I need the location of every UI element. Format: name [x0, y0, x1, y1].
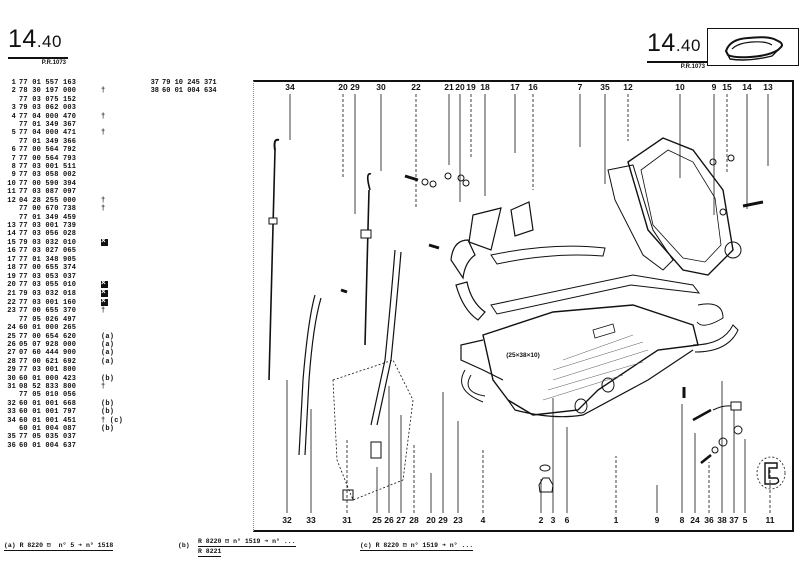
parts-list-row: 1777 01 348 905	[5, 256, 127, 264]
part-note	[101, 264, 127, 272]
part-note: (b)	[101, 400, 127, 408]
callout-label: 22	[411, 82, 420, 92]
part-number: 60 01 000 423	[19, 375, 101, 383]
ref-number	[5, 425, 16, 433]
footnote-b-tag: (b)	[178, 542, 190, 549]
part-note: (a)	[101, 341, 127, 349]
part-note: (a)	[101, 333, 127, 341]
part-number: 79 03 032 018	[19, 290, 101, 299]
boxed-x-icon	[101, 299, 108, 306]
ref-number: 24	[5, 324, 16, 332]
parts-list-row: 77 01 349 366	[5, 138, 127, 146]
part-number: 79 03 032 010	[19, 239, 101, 248]
part-note	[101, 214, 127, 222]
parts-list-row: 1977 03 053 037	[5, 273, 127, 281]
inset-seal-dimensions: (25×38×10)	[506, 352, 540, 359]
footnote-c: (c) R 8220 ⊟ n° 1519 ➜ n° ...	[360, 541, 473, 551]
parts-list-row: 3577 05 035 037	[5, 433, 127, 441]
ref-number: 33	[5, 408, 16, 416]
part-number: 77 00 670 738	[19, 205, 101, 213]
ref-number: 13	[5, 222, 16, 230]
callout-label: 30	[376, 82, 385, 92]
callout-label: 29	[350, 82, 359, 92]
part-note	[101, 299, 127, 308]
parts-list-row: 2707 60 444 900(a)	[5, 349, 127, 357]
ref-number: 28	[5, 358, 16, 366]
part-note	[101, 324, 127, 332]
parts-list-row: 77 05 010 056	[5, 391, 127, 399]
part-number: 77 03 058 002	[19, 171, 101, 179]
part-number: 77 03 075 152	[19, 96, 101, 104]
callout-label: 14	[742, 82, 751, 92]
parts-list-row: 577 04 000 471†	[5, 129, 127, 137]
ref-number: 22	[5, 299, 16, 308]
ref-number: 32	[5, 400, 16, 408]
callout-label: 24	[690, 515, 699, 525]
part-number: 77 00 564 793	[19, 155, 101, 163]
parts-list-row: 1177 03 087 097	[5, 188, 127, 196]
part-number: 77 00 655 370	[19, 307, 101, 315]
ref-number: 30	[5, 375, 16, 383]
part-number: 60 01 004 087	[19, 425, 101, 433]
part-number: 04 28 255 000	[19, 197, 101, 205]
callout-label: 2	[539, 515, 544, 525]
part-number: 77 03 001 739	[19, 222, 101, 230]
callout-label: 38	[717, 515, 726, 525]
ref-number: 18	[5, 264, 16, 272]
parts-list-row: 3860 01 004 634	[148, 87, 270, 95]
part-number: 77 03 001 160	[19, 299, 101, 308]
callout-label: 10	[675, 82, 684, 92]
part-note	[101, 433, 127, 441]
ref-number: 26	[5, 341, 16, 349]
part-number: 77 00 654 620	[19, 333, 101, 341]
part-number: 60 01 001 668	[19, 400, 101, 408]
parts-list-row: 2179 03 032 018	[5, 290, 127, 299]
ref-number: 34	[5, 417, 16, 425]
callout-label: 20	[338, 82, 347, 92]
part-number: 77 03 001 800	[19, 366, 101, 374]
part-note	[101, 316, 127, 324]
parts-list-row: 777 00 564 793	[5, 155, 127, 163]
part-number: 77 01 348 905	[19, 256, 101, 264]
part-note: †	[101, 205, 127, 213]
ref-number: 5	[5, 129, 16, 137]
parts-list-row: 2977 03 001 800	[5, 366, 127, 374]
part-note: (a)	[101, 358, 127, 366]
part-note: †	[101, 383, 127, 391]
part-number: 08 52 833 800	[19, 383, 101, 391]
parts-list-row: 677 00 564 792	[5, 146, 127, 154]
parts-list-row: 3660 01 004 637	[5, 442, 127, 450]
parts-list-row: 877 03 001 511	[5, 163, 127, 171]
callout-label: 3	[551, 515, 556, 525]
parts-list-row: 1677 03 027 065	[5, 247, 127, 255]
part-number: 60 01 001 451	[19, 417, 101, 425]
ref-number: 25	[5, 333, 16, 341]
parts-list-row: 1377 03 001 739	[5, 222, 127, 230]
ref-number	[5, 205, 16, 213]
part-note: (b)	[101, 375, 127, 383]
part-note	[101, 188, 127, 196]
part-note	[101, 239, 127, 248]
ref-number: 35	[5, 433, 16, 441]
part-note	[101, 104, 127, 112]
footnote-a: (a) R 8220 ⊟ n° 5 ➜ n° 1518	[4, 541, 113, 551]
ref-number: 11	[5, 188, 16, 196]
callout-label: 27	[396, 515, 405, 525]
parts-list-row: 77 01 349 367	[5, 121, 127, 129]
callout-label: 23	[453, 515, 462, 525]
part-number: 77 00 564 792	[19, 146, 101, 154]
part-number: 77 05 010 056	[19, 391, 101, 399]
ref-number: 36	[5, 442, 16, 450]
callout-label: 31	[342, 515, 351, 525]
part-note	[101, 79, 127, 87]
part-number: 05 07 928 000	[19, 341, 101, 349]
part-note	[101, 180, 127, 188]
callout-label: 20	[455, 82, 464, 92]
parts-list-row: 3460 01 001 451† (c)	[5, 417, 127, 425]
part-note	[101, 163, 127, 171]
callout-label: 11	[766, 515, 775, 525]
parts-list-row: 2077 03 055 010	[5, 281, 127, 290]
ref-number: 16	[5, 247, 16, 255]
part-note	[101, 391, 127, 399]
callout-label: 20	[426, 515, 435, 525]
part-number: 77 03 056 028	[19, 230, 101, 238]
ref-number: 27	[5, 349, 16, 357]
part-number: 60 01 004 637	[19, 442, 101, 450]
parts-list-row: 1204 28 255 000†	[5, 197, 127, 205]
callout-label: 7	[578, 82, 583, 92]
ref-number: 23	[5, 307, 16, 315]
parts-list-row: 1477 03 056 028	[5, 230, 127, 238]
part-note: †	[101, 307, 127, 315]
part-number: 77 00 655 374	[19, 264, 101, 272]
ref-number	[5, 316, 16, 324]
part-number: 77 03 087 097	[19, 188, 101, 196]
callout-label: 12	[623, 82, 632, 92]
callout-label: 15	[722, 82, 731, 92]
part-note	[101, 256, 127, 264]
parts-list-row: 2577 00 654 620(a)	[5, 333, 127, 341]
ref-number: 2	[5, 87, 16, 95]
parts-list-row: 1579 03 032 010	[5, 239, 127, 248]
parts-list-row: 2277 03 001 160	[5, 299, 127, 308]
parts-list: 177 01 557 163278 30 197 000†77 03 075 1…	[5, 79, 127, 450]
part-number: 77 01 349 367	[19, 121, 101, 129]
callout-label: 25	[372, 515, 381, 525]
parts-list-row: 278 30 197 000†	[5, 87, 127, 95]
part-number: 60 01 004 634	[162, 87, 244, 95]
callout-label: 9	[655, 515, 660, 525]
ref-number	[5, 121, 16, 129]
part-note: †	[101, 113, 127, 121]
callout-label: 36	[704, 515, 713, 525]
callout-label: 17	[510, 82, 519, 92]
part-note: (b)	[101, 408, 127, 416]
parts-list-continued: 3779 10 245 3713860 01 004 634	[148, 79, 270, 96]
callout-label: 35	[600, 82, 609, 92]
parts-list-row: 3108 52 833 800†	[5, 383, 127, 391]
callout-label: 37	[729, 515, 738, 525]
callout-label: 13	[763, 82, 772, 92]
callout-label: 29	[438, 515, 447, 525]
part-number: 77 05 035 037	[19, 433, 101, 441]
ref-number: 4	[5, 113, 16, 121]
part-number: 77 03 053 037	[19, 273, 101, 281]
part-note	[101, 138, 127, 146]
ref-number: 21	[5, 290, 16, 299]
parts-list-row: 2377 00 655 370†	[5, 307, 127, 315]
parts-list-row: 60 01 004 087(b)	[5, 425, 127, 433]
part-note	[101, 146, 127, 154]
ref-number: 1	[5, 79, 16, 87]
page-number-right: 14.40 P.R.1073	[647, 30, 707, 70]
parts-list-row: 2877 00 621 692(a)	[5, 358, 127, 366]
pr-reference: P.R.1073	[8, 60, 66, 66]
callout-label: 1	[614, 515, 619, 525]
part-number: 77 01 557 163	[19, 79, 101, 87]
part-note	[101, 155, 127, 163]
parts-list-row: 379 03 062 003	[5, 104, 127, 112]
parts-list-row: 3260 01 001 668(b)	[5, 400, 127, 408]
part-number: 77 03 027 065	[19, 247, 101, 255]
parts-list-row: 77 05 026 497	[5, 316, 127, 324]
part-number: 77 01 349 459	[19, 214, 101, 222]
part-note	[101, 171, 127, 179]
footnote-b-model2: R 8221	[198, 548, 221, 557]
part-note	[101, 96, 127, 104]
part-number: 78 30 197 000	[19, 87, 101, 95]
ref-number: 31	[5, 383, 16, 391]
part-number: 77 04 000 470	[19, 113, 101, 121]
ref-number: 15	[5, 239, 16, 248]
boxed-x-icon	[101, 239, 108, 246]
part-note: †	[101, 129, 127, 137]
parts-list-row: 177 01 557 163	[5, 79, 127, 87]
ref-number	[5, 391, 16, 399]
callout-label: 18	[480, 82, 489, 92]
callout-label: 9	[712, 82, 717, 92]
part-number: 07 60 444 900	[19, 349, 101, 357]
callout-label: 6	[565, 515, 570, 525]
part-note	[101, 247, 127, 255]
part-number: 77 03 001 511	[19, 163, 101, 171]
ref-number: 3	[5, 104, 16, 112]
parts-list-row: 2460 01 000 265	[5, 324, 127, 332]
parts-list-row: 1077 00 590 394	[5, 180, 127, 188]
callout-label: 33	[306, 515, 315, 525]
ref-number: 9	[5, 171, 16, 179]
exploded-diagram-drawing	[253, 80, 793, 530]
callout-label: 4	[481, 515, 486, 525]
callout-label: 34	[285, 82, 294, 92]
ref-number: 19	[5, 273, 16, 281]
part-number: 60 01 001 797	[19, 408, 101, 416]
part-note	[101, 442, 127, 450]
ref-number: 6	[5, 146, 16, 154]
part-number: 77 03 055 010	[19, 281, 101, 290]
ref-number: 38	[148, 87, 159, 95]
part-number: 77 00 590 394	[19, 180, 101, 188]
ref-number: 12	[5, 197, 16, 205]
parts-list-row: 3779 10 245 371	[148, 79, 270, 87]
part-note: † (c)	[101, 417, 127, 425]
part-number: 79 10 245 371	[162, 79, 244, 87]
parts-list-row: 977 03 058 002	[5, 171, 127, 179]
callout-label: 8	[680, 515, 685, 525]
parts-list-row: 2605 07 928 000(a)	[5, 341, 127, 349]
parts-list-row: 77 01 349 459	[5, 214, 127, 222]
part-number: 77 04 000 471	[19, 129, 101, 137]
parts-list-row: 1877 00 655 374	[5, 264, 127, 272]
part-number: 79 03 062 003	[19, 104, 101, 112]
parts-list-row: 3060 01 000 423(b)	[5, 375, 127, 383]
oil-sump-thumbnail-icon	[707, 28, 799, 66]
parts-list-row: 3360 01 001 797(b)	[5, 408, 127, 416]
part-note: (b)	[101, 425, 127, 433]
parts-list-row: 77 00 670 738†	[5, 205, 127, 213]
part-note: †	[101, 197, 127, 205]
callout-label: 21	[444, 82, 453, 92]
part-number: 60 01 000 265	[19, 324, 101, 332]
part-number: 77 05 026 497	[19, 316, 101, 324]
callout-label: 16	[528, 82, 537, 92]
callout-label: 19	[466, 82, 475, 92]
page-number-left: 14.40 P.R.1073	[8, 26, 68, 66]
parts-list-row: 477 04 000 470†	[5, 113, 127, 121]
ref-number: 14	[5, 230, 16, 238]
part-note: (a)	[101, 349, 127, 357]
ref-number: 10	[5, 180, 16, 188]
callout-label: 26	[384, 515, 393, 525]
ref-number: 20	[5, 281, 16, 290]
part-note: †	[101, 87, 127, 95]
part-note	[101, 222, 127, 230]
callout-label: 32	[282, 515, 291, 525]
part-number: 77 00 621 692	[19, 358, 101, 366]
ref-number: 7	[5, 155, 16, 163]
ref-number: 8	[5, 163, 16, 171]
footnote-b: R 8220 ⊟ n° 1519 ➜ n° ...	[198, 537, 296, 547]
ref-number: 29	[5, 366, 16, 374]
part-number: 77 01 349 366	[19, 138, 101, 146]
part-note	[101, 121, 127, 129]
ref-number: 37	[148, 79, 159, 87]
callout-label: 5	[743, 515, 748, 525]
part-note	[101, 366, 127, 374]
parts-list-row: 77 03 075 152	[5, 96, 127, 104]
ref-number	[5, 96, 16, 104]
ref-number	[5, 138, 16, 146]
ref-number: 17	[5, 256, 16, 264]
ref-number	[5, 214, 16, 222]
callout-label: 28	[409, 515, 418, 525]
